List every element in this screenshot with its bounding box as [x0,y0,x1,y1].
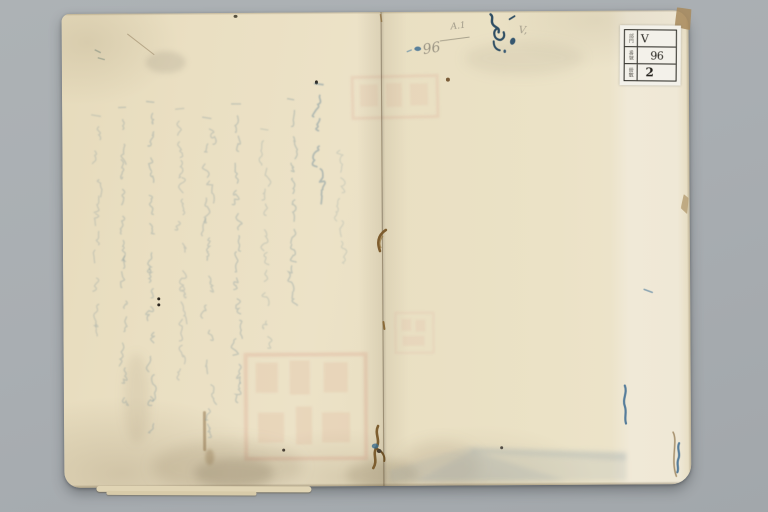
page-edge-stack [106,491,256,496]
stain-drip [203,411,206,451]
stain-top-left [146,51,186,73]
dust-speck [500,446,503,449]
dust-speck [282,449,285,452]
label-field-volumes: 冊數 [625,64,638,80]
pencil-mark-upper: A.1 [450,21,466,33]
stain-gutter-bottom [400,441,480,487]
pencil-mark-letter: V, [518,25,527,37]
classification-label: 部門 V 番號 96 冊數 2 [620,25,681,85]
label-value-volumes: 2 [638,64,676,80]
label-table: 部門 V 番號 96 冊數 2 [624,29,677,81]
stain-left-edge [124,353,151,443]
ink-speck [157,303,160,306]
pencil-mark-number: 96 [422,39,442,58]
label-row-volumes: 冊數 2 [625,64,676,80]
label-field-division: 部門 [625,30,638,46]
photo-tilt-wrapper: A.1 96 V, 部門 V 番號 96 冊數 2 [0,0,768,512]
label-field-number: 番號 [625,47,638,63]
ink-speck [157,297,160,300]
label-value-division: V [638,30,676,46]
photographed-book-scan: A.1 96 V, 部門 V 番號 96 冊數 2 [0,0,768,512]
label-row-number: 番號 96 [625,47,676,64]
foxing-speck [446,78,450,82]
ink-speck [315,80,318,84]
dust-speck [234,15,238,18]
stain-drip-blob [205,449,214,465]
label-value-number: 96 [638,47,676,63]
label-row-division: 部門 V [625,30,676,47]
open-book [62,10,692,488]
